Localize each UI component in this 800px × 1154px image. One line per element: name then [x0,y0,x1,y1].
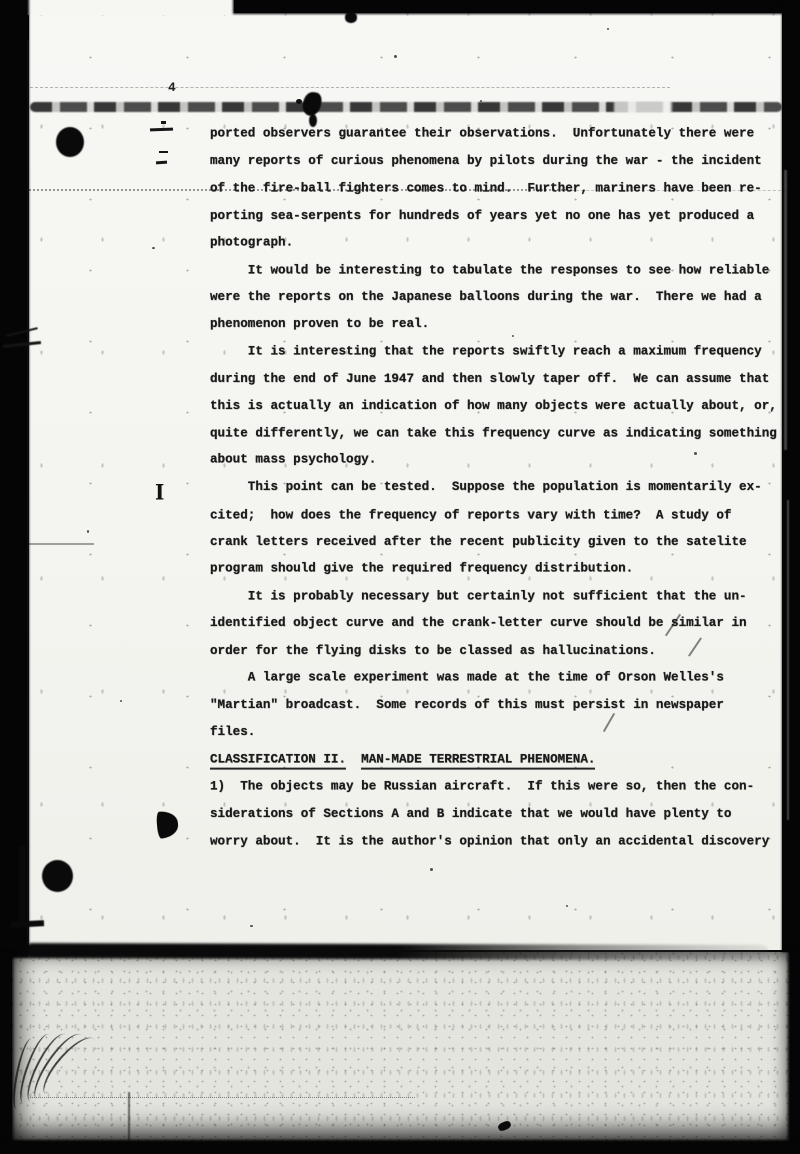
scan-speck [250,925,253,927]
typed-line: photograph. [210,229,790,256]
ink-blot [296,99,302,104]
scan-border-left-lower [0,952,13,1154]
scan-border-bottom [0,1140,800,1154]
typed-line: 1) The objects may be Russian aircraft. … [210,773,790,800]
scan-speck [512,335,514,337]
typed-line: program should give the required frequen… [210,556,790,583]
scanned-document-page: 4 I ported observers guarantee their obs… [0,0,800,1154]
scan-speck [694,452,697,455]
typed-line: files. [210,719,790,746]
scan-speck [430,868,433,871]
typed-line: many reports of curious phenomena by pil… [210,148,790,175]
scan-border-right-lower [788,948,800,1154]
scan-speck [120,700,122,702]
margin-dash-mark [161,121,166,124]
heading-segment: MAN-MADE TERRESTRIAL PHENOMENA. [361,753,595,770]
hole-punch-mark [56,127,84,157]
typed-line: This point can be tested. Suppose the po… [210,474,790,501]
margin-annotation-i: I [155,479,164,504]
typed-line: quite differently, we can take this freq… [210,421,790,448]
typed-line: crank letters received after the recent … [210,529,790,556]
scan-border-left [0,0,29,958]
typed-line: It is interesting that the reports swift… [210,338,790,365]
scan-speck [607,28,609,30]
scan-speck [480,100,482,102]
typed-line: this is actually an indication of how ma… [210,393,790,420]
typed-line: A large scale experiment was made at the… [210,664,790,691]
typed-line: identified object curve and the crank-le… [210,610,790,637]
text-block: ported observers guarantee their observa… [210,121,790,855]
scan-line-artifact [0,543,94,545]
hole-punch-mark [42,860,73,892]
section-heading: CLASSIFICATION II. MAN-MADE TERRESTRIAL … [210,747,790,774]
paper-top-edge [27,0,234,15]
scan-speck [273,592,275,594]
typed-line: phenomenon proven to be real. [210,311,790,338]
margin-vertical-bar [19,846,26,925]
scan-line-artifact [128,1092,130,1140]
scan-speck [152,247,155,249]
scan-line-artifact [30,87,670,88]
typed-line: were the reports on the Japanese balloon… [210,284,790,311]
scan-border-top [233,0,800,14]
scan-speck [566,905,568,907]
typed-line: cited; how does the frequency of reports… [210,502,790,529]
typed-line: It would be interesting to tabulate the … [210,258,790,285]
paper-edge-line [27,40,29,945]
typed-line: during the end of June 1947 and then slo… [210,366,790,393]
typed-line: about mass psychology. [210,447,790,474]
typed-line: It is probably necessary but certainly n… [210,584,790,611]
typed-line: order for the flying disks to be classed… [210,638,790,665]
typed-line: "Martian" broadcast. Some records of thi… [210,692,790,719]
heading-segment: CLASSIFICATION II. [210,753,346,770]
typed-line: porting sea-serpents for hundreds of yea… [210,203,790,230]
ink-blot [345,12,357,23]
typed-line: of the fire-ball fighters comes to mind.… [210,176,790,203]
margin-dash-mark [159,151,168,153]
typed-line: worry about. It is the author's opinion … [210,828,790,855]
page-bottom-shadow [26,943,768,960]
scan-smudge-gap [614,101,672,113]
typed-line: ported observers guarantee their observa… [210,121,790,148]
scan-speck [394,55,397,58]
scan-line-artifact [30,1097,415,1098]
typed-line: siderations of Sections A and B indicate… [210,801,790,828]
scan-speck [87,530,89,533]
